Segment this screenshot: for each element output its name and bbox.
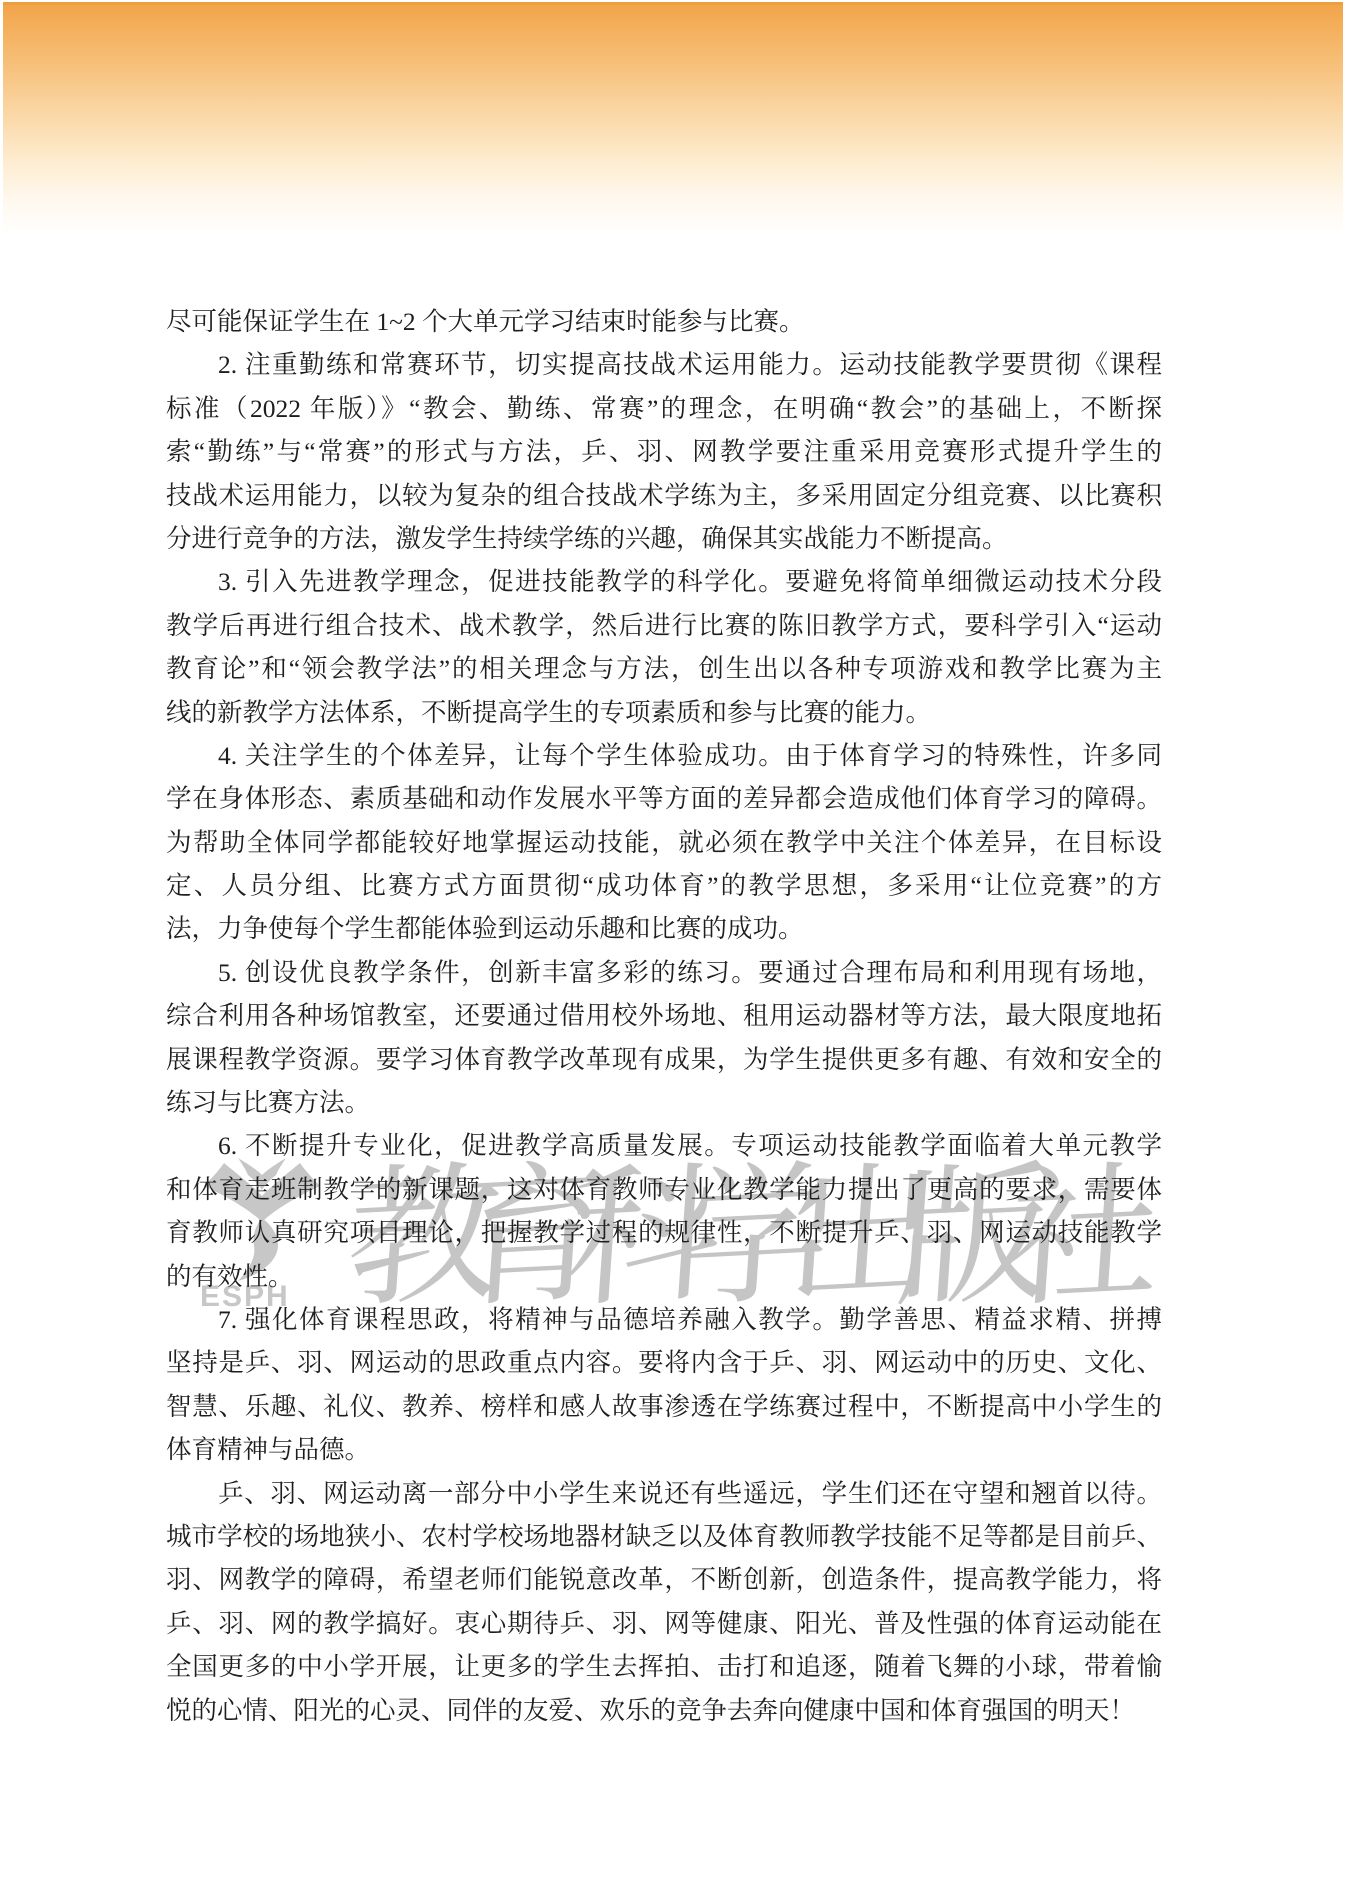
text-line: 技战术运用能力，以较为复杂的组合技战术学练为主，多采用固定分组竞赛、以比赛积 <box>166 474 1162 517</box>
text-line: 4. 关注学生的个体差异，让每个学生体验成功。由于体育学习的特殊性，许多同 <box>166 734 1162 777</box>
body-text: 尽可能保证学生在 1~2 个大单元学习结束时能参与比赛。2. 注重勤练和常赛环节… <box>166 300 1162 1732</box>
text-line: 综合利用各种场馆教室，还要通过借用校外场地、租用运动器材等方法，最大限度地拓 <box>166 994 1162 1037</box>
text-line: 乒、羽、网运动离一部分中小学生来说还有些遥远，学生们还在守望和翘首以待。 <box>166 1472 1162 1515</box>
text-line: 坚持是乒、羽、网运动的思政重点内容。要将内含于乒、羽、网运动中的历史、文化、 <box>166 1341 1162 1384</box>
text-line: 乒、羽、网的教学搞好。衷心期待乒、羽、网等健康、阳光、普及性强的体育运动能在 <box>166 1602 1162 1645</box>
book-page: ESPH 教育科学出版社 尽可能保证学生在 1~2 个大单元学习结束时能参与比赛… <box>0 0 1346 1885</box>
page-top-gradient-band <box>3 2 1343 235</box>
text-line: 索“勤练”与“常赛”的形式与方法，乒、羽、网教学要注重采用竞赛形式提升学生的 <box>166 430 1162 473</box>
text-line: 3. 引入先进教学理念，促进技能教学的科学化。要避免将简单细微运动技术分段 <box>166 560 1162 603</box>
text-line: 6. 不断提升专业化，促进教学高质量发展。专项运动技能教学面临着大单元教学 <box>166 1124 1162 1167</box>
text-line: 标准（2022 年版）》“教会、勤练、常赛”的理念，在明确“教会”的基础上，不断… <box>166 387 1162 430</box>
text-line: 的有效性。 <box>166 1255 1162 1298</box>
text-line: 体育精神与品德。 <box>166 1428 1162 1471</box>
text-line: 2. 注重勤练和常赛环节，切实提高技战术运用能力。运动技能教学要贯彻《课程 <box>166 343 1162 386</box>
text-line: 智慧、乐趣、礼仪、教养、榜样和感人故事渗透在学练赛过程中，不断提高中小学生的 <box>166 1385 1162 1428</box>
text-line: 学在身体形态、素质基础和动作发展水平等方面的差异都会造成他们体育学习的障碍。 <box>166 777 1162 820</box>
text-line: 教学后再进行组合技术、战术教学，然后进行比赛的陈旧教学方式，要科学引入“运动 <box>166 604 1162 647</box>
text-line: 分进行竞争的方法，激发学生持续学练的兴趣，确保其实战能力不断提高。 <box>166 517 1162 560</box>
text-line: 定、人员分组、比赛方式方面贯彻“成功体育”的教学思想，多采用“让位竞赛”的方 <box>166 864 1162 907</box>
text-line: 羽、网教学的障碍，希望老师们能锐意改革，不断创新，创造条件，提高教学能力，将 <box>166 1558 1162 1601</box>
text-line: 展课程教学资源。要学习体育教学改革现有成果，为学生提供更多有趣、有效和安全的 <box>166 1038 1162 1081</box>
text-line: 悦的心情、阳光的心灵、同伴的友爱、欢乐的竞争去奔向健康中国和体育强国的明天！ <box>166 1689 1162 1732</box>
text-line: 7. 强化体育课程思政，将精神与品德培养融入教学。勤学善思、精益求精、拼搏 <box>166 1298 1162 1341</box>
text-line: 法，力争使每个学生都能体验到运动乐趣和比赛的成功。 <box>166 907 1162 950</box>
text-line: 线的新教学方法体系，不断提高学生的专项素质和参与比赛的能力。 <box>166 691 1162 734</box>
text-line: 为帮助全体同学都能较好地掌握运动技能，就必须在教学中关注个体差异，在目标设 <box>166 821 1162 864</box>
text-line: 练习与比赛方法。 <box>166 1081 1162 1124</box>
text-line: 5. 创设优良教学条件，创新丰富多彩的练习。要通过合理布局和利用现有场地， <box>166 951 1162 994</box>
text-line: 育教师认真研究项目理论，把握教学过程的规律性，不断提升乒、羽、网运动技能教学 <box>166 1211 1162 1254</box>
text-line: 教育论”和“领会教学法”的相关理念与方法，创生出以各种专项游戏和教学比赛为主 <box>166 647 1162 690</box>
text-line: 和体育走班制教学的新课题，这对体育教师专业化教学能力提出了更高的要求，需要体 <box>166 1168 1162 1211</box>
text-line: 尽可能保证学生在 1~2 个大单元学习结束时能参与比赛。 <box>166 300 1162 343</box>
text-line: 城市学校的场地狭小、农村学校场地器材缺乏以及体育教师教学技能不足等都是目前乒、 <box>166 1515 1162 1558</box>
text-line: 全国更多的中小学开展，让更多的学生去挥拍、击打和追逐，随着飞舞的小球，带着愉 <box>166 1645 1162 1688</box>
